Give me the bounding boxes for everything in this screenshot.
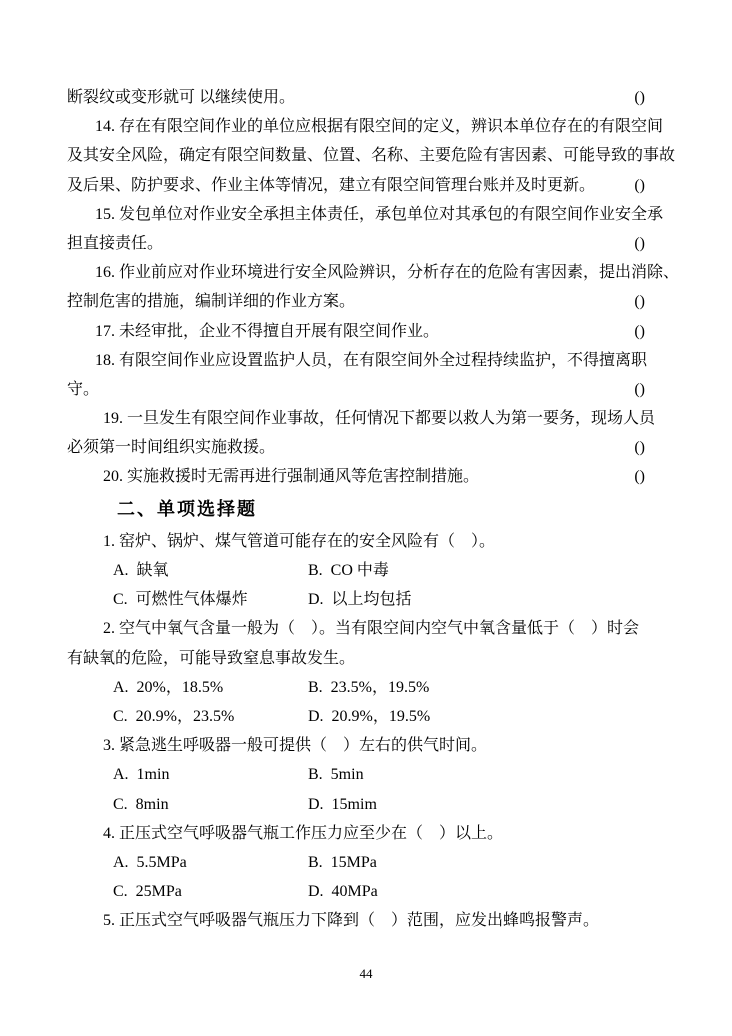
option-d: D. 20.9%，19.5% — [308, 702, 430, 731]
choice-q4-options-row2: C. 25MPaD. 40MPa — [67, 877, 667, 906]
answer-blank: () — [634, 462, 667, 491]
option-a: A. 5.5MPa — [113, 848, 308, 877]
answer-blank: () — [634, 375, 667, 404]
judgement-q14-line3: 及后果、防护要求、作业主体等情况，建立有限空间管理台账并及时更新。() — [67, 171, 667, 200]
judgement-q19-line2: 必须第一时间组织实施救援。() — [67, 433, 667, 462]
choice-q3-text: 3. 紧急逃生呼吸器一般可提供（ ）左右的供气时间。 — [67, 731, 667, 760]
option-d: D. 以上均包括 — [308, 585, 412, 614]
answer-blank: () — [634, 433, 667, 462]
option-b: B. 5min — [308, 760, 364, 789]
option-a: A. 缺氧 — [113, 556, 308, 585]
option-a: A. 20%，18.5% — [113, 673, 308, 702]
choice-q4-text: 4. 正压式空气呼吸器气瓶工作压力应至少在（ ）以上。 — [67, 819, 667, 848]
line-text: 及后果、防护要求、作业主体等情况，建立有限空间管理台账并及时更新。 — [67, 171, 595, 200]
answer-blank: () — [634, 171, 667, 200]
option-a: A. 1min — [113, 760, 308, 789]
option-b: B. 23.5%，19.5% — [308, 673, 429, 702]
choice-q4-options-row1: A. 5.5MPaB. 15MPa — [67, 848, 667, 877]
option-d: D. 15mim — [308, 790, 377, 819]
line-text: 14. 存在有限空间作业的单位应根据有限空间的定义，辨识本单位存在的有限空间 — [95, 112, 663, 141]
option-c: C. 8min — [113, 790, 308, 819]
choice-q1-options-row2: C. 可燃性气体爆炸D. 以上均包括 — [67, 585, 667, 614]
judgement-q13-continuation: 断裂纹或变形就可 以继续使用。() — [67, 83, 667, 112]
line-text: 17. 未经审批，企业不得擅自开展有限空间作业。 — [95, 317, 439, 346]
exam-document-page: 断裂纹或变形就可 以继续使用。() 14. 存在有限空间作业的单位应根据有限空间… — [67, 83, 667, 935]
section-heading-single-choice: 二、单项选择题 — [67, 495, 667, 524]
line-text: 19. 一旦发生有限空间作业事故，任何情况下都要以救人为第一要务，现场人员 — [103, 404, 655, 433]
judgement-q20-line1: 20. 实施救援时无需再进行强制通风等危害控制措施。() — [67, 462, 667, 491]
line-text: 及其安全风险，确定有限空间数量、位置、名称、主要危险有害因素、可能导致的事故 — [67, 141, 675, 170]
choice-q2-text-line2: 有缺氧的危险，可能导致窒息事故发生。 — [67, 644, 667, 673]
answer-blank: () — [634, 287, 667, 316]
line-text: 控制危害的措施，编制详细的作业方案。 — [67, 287, 355, 316]
choice-q1-text: 1. 窑炉、锅炉、煤气管道可能存在的安全风险有（ ）。 — [67, 527, 667, 556]
line-text: 18. 有限空间作业应设置监护人员，在有限空间外全过程持续监护，不得擅离职 — [95, 346, 647, 375]
choice-q5-text: 5. 正压式空气呼吸器气瓶压力下降到（ ）范围，应发出蜂鸣报警声。 — [67, 906, 667, 935]
option-b: B. CO 中毒 — [308, 556, 389, 585]
choice-q1-options-row1: A. 缺氧B. CO 中毒 — [67, 556, 667, 585]
judgement-q14-line2: 及其安全风险，确定有限空间数量、位置、名称、主要危险有害因素、可能导致的事故 — [67, 141, 667, 170]
choice-q3-options-row2: C. 8minD. 15mim — [67, 790, 667, 819]
choice-q2-text-line1: 2. 空气中氧气含量一般为（ ）。当有限空间内空气中氧含量低于（ ）时会 — [67, 614, 667, 643]
option-b: B. 15MPa — [308, 848, 377, 877]
judgement-q16-line2: 控制危害的措施，编制详细的作业方案。() — [67, 287, 667, 316]
option-c: C. 20.9%，23.5% — [113, 702, 308, 731]
question-text: 有缺氧的危险，可能导致窒息事故发生。 — [67, 644, 355, 673]
page-number: 44 — [0, 964, 732, 984]
choice-q2-options-row1: A. 20%，18.5%B. 23.5%，19.5% — [67, 673, 667, 702]
question-text: 5. 正压式空气呼吸器气瓶压力下降到（ ）范围，应发出蜂鸣报警声。 — [103, 906, 599, 935]
line-text: 20. 实施救援时无需再进行强制通风等危害控制措施。 — [103, 462, 479, 491]
answer-blank: () — [634, 229, 667, 258]
line-text: 断裂纹或变形就可 以继续使用。 — [67, 83, 295, 112]
answer-blank: () — [634, 83, 667, 112]
line-text: 守。 — [67, 375, 99, 404]
line-text: 16. 作业前应对作业环境进行安全风险辨识，分析存在的危险有害因素，提出消除、 — [95, 258, 679, 287]
line-text: 必须第一时间组织实施救援。 — [67, 433, 275, 462]
judgement-q18-line1: 18. 有限空间作业应设置监护人员，在有限空间外全过程持续监护，不得擅离职 — [67, 346, 667, 375]
judgement-q18-line2: 守。() — [67, 375, 667, 404]
answer-blank: () — [634, 317, 667, 346]
choice-q2-options-row2: C. 20.9%，23.5%D. 20.9%，19.5% — [67, 702, 667, 731]
choice-q3-options-row1: A. 1minB. 5min — [67, 760, 667, 789]
option-c: C. 可燃性气体爆炸 — [113, 585, 308, 614]
question-text: 1. 窑炉、锅炉、煤气管道可能存在的安全风险有（ ）。 — [103, 527, 495, 556]
judgement-q17-line1: 17. 未经审批，企业不得擅自开展有限空间作业。() — [67, 317, 667, 346]
question-text: 4. 正压式空气呼吸器气瓶工作压力应至少在（ ）以上。 — [103, 819, 503, 848]
judgement-q16-line1: 16. 作业前应对作业环境进行安全风险辨识，分析存在的危险有害因素，提出消除、 — [67, 258, 667, 287]
question-text: 3. 紧急逃生呼吸器一般可提供（ ）左右的供气时间。 — [103, 731, 487, 760]
question-text: 2. 空气中氧气含量一般为（ ）。当有限空间内空气中氧含量低于（ ）时会 — [103, 614, 639, 643]
judgement-q15-line2: 担直接责任。() — [67, 229, 667, 258]
line-text: 担直接责任。 — [67, 229, 163, 258]
option-d: D. 40MPa — [308, 877, 378, 906]
option-c: C. 25MPa — [113, 877, 308, 906]
judgement-q14-line1: 14. 存在有限空间作业的单位应根据有限空间的定义，辨识本单位存在的有限空间 — [67, 112, 667, 141]
judgement-q15-line1: 15. 发包单位对作业安全承担主体责任，承包单位对其承包的有限空间作业安全承 — [67, 200, 667, 229]
line-text: 15. 发包单位对作业安全承担主体责任，承包单位对其承包的有限空间作业安全承 — [95, 200, 663, 229]
judgement-q19-line1: 19. 一旦发生有限空间作业事故，任何情况下都要以救人为第一要务，现场人员 — [67, 404, 667, 433]
